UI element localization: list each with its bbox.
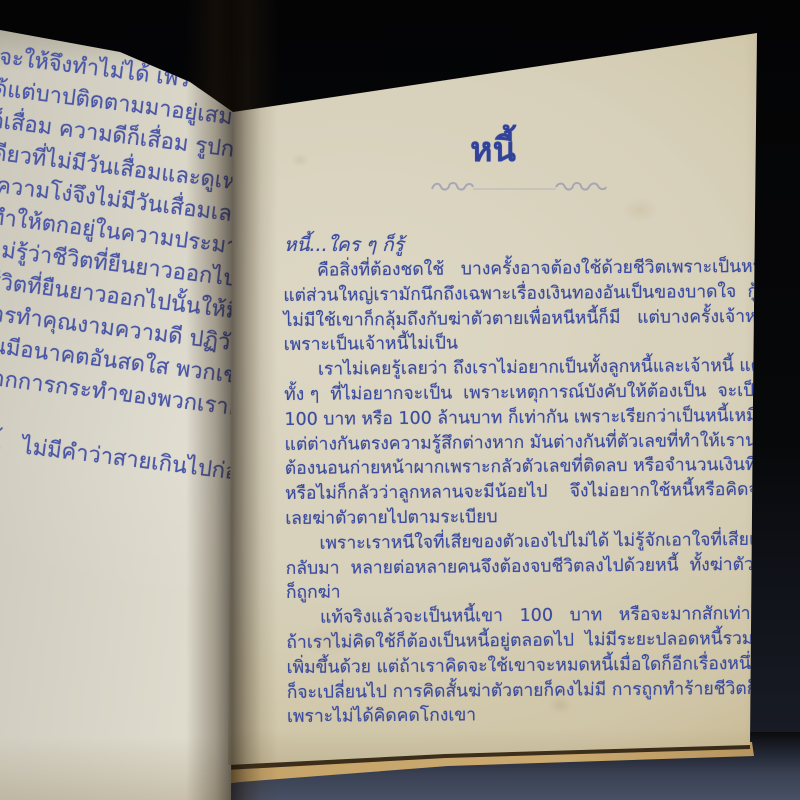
text-line: ก็ถูกฆ่า <box>286 577 754 606</box>
paragraph: คือสิ่งที่ต้องชดใช้ บางครั้งอาจต้องใช้ด้… <box>283 255 752 358</box>
text-line: แต่ส่วนใหญ่เรามักนึกถึงเฉพาะเรื่องเงินทอ… <box>283 280 751 309</box>
text-line: ถ้าเราไม่คิดใช้ก็ต้องเป็นหนี้อยู่ตลอดไป … <box>286 627 754 656</box>
text-line: ไม่มีใช้เขาก็กลุ้มถึงกับฆ่าตัวตายเพื่อหน… <box>283 305 751 334</box>
ornamental-divider <box>428 178 610 200</box>
text-line: เพราะไม่ได้คิดคดโกงเขา <box>287 701 755 730</box>
flourish-icon <box>428 178 610 196</box>
paragraph: เพราะเราหนีใจที่เสียของตัวเองไปไม่ได้ ไม… <box>285 528 754 606</box>
chapter-subtitle: หนี้...ใคร ๆ ก็รู้ <box>284 230 404 260</box>
text-line: เพิ่มขึ้นด้วย แต่ถ้าเราคิดจะใช้เขาจะหมดห… <box>286 652 754 681</box>
chapter-title: หนี้ <box>283 122 703 176</box>
text-line: หรือไม่ก็กลัวว่าลูกหลานจะมีน้อยไป จึงไม่… <box>285 478 753 507</box>
text-line: เลยฆ่าตัวตายไปตามระเบียบ <box>285 503 753 532</box>
book-photo: อจะให้จึงทำไม่ได้ เพราะเรื่องอย่างนี้ไม่… <box>0 0 800 800</box>
text-line: ต้องนอนก่ายหน้าผากเพราะกลัวตัวเลขที่ติดล… <box>285 453 753 482</box>
text-line: ทั้ง ๆ ที่ไม่อยากจะเป็น เพราะเหตุการณ์บั… <box>284 379 752 408</box>
text-line: แท้จริงแล้วจะเป็นหนี้เขา 100 บาท หรือจะม… <box>286 602 754 631</box>
text-line: ก็จะเปลี่ยนไป การคิดสั้นฆ่าตัวตายก็คงไม่… <box>287 676 755 705</box>
text-line: เพราะเราหนีใจที่เสียของตัวเองไปไม่ได้ ไม… <box>285 528 753 557</box>
paragraph: เราไม่เคยรู้เลยว่า ถึงเราไม่อยากเป็นทั้ง… <box>284 354 753 532</box>
text-line: 100 บาท หรือ 100 ล้านบาท ก็เท่ากัน เพราะ… <box>284 404 752 433</box>
text-line: แต่ต่างกันตรงความรู้สึกต่างหาก มันต่างกั… <box>285 428 753 457</box>
text-line: เราไม่เคยรู้เลยว่า ถึงเราไม่อยากเป็นทั้ง… <box>284 354 752 383</box>
text-line: คือสิ่งที่ต้องชดใช้ บางครั้งอาจต้องใช้ด้… <box>283 255 751 284</box>
text-line: เพราะเป็นเจ้าหนี้ไม่เป็น <box>284 329 752 358</box>
text-line: กลับมา หลายต่อหลายคนจึงต้องจบชีวิตลงไปด้… <box>286 552 754 581</box>
body-text: คือสิ่งที่ต้องชดใช้ บางครั้งอาจต้องใช้ด้… <box>283 255 755 730</box>
paragraph: แท้จริงแล้วจะเป็นหนี้เขา 100 บาท หรือจะม… <box>286 602 755 730</box>
book-gutter-shadow <box>186 0 278 800</box>
